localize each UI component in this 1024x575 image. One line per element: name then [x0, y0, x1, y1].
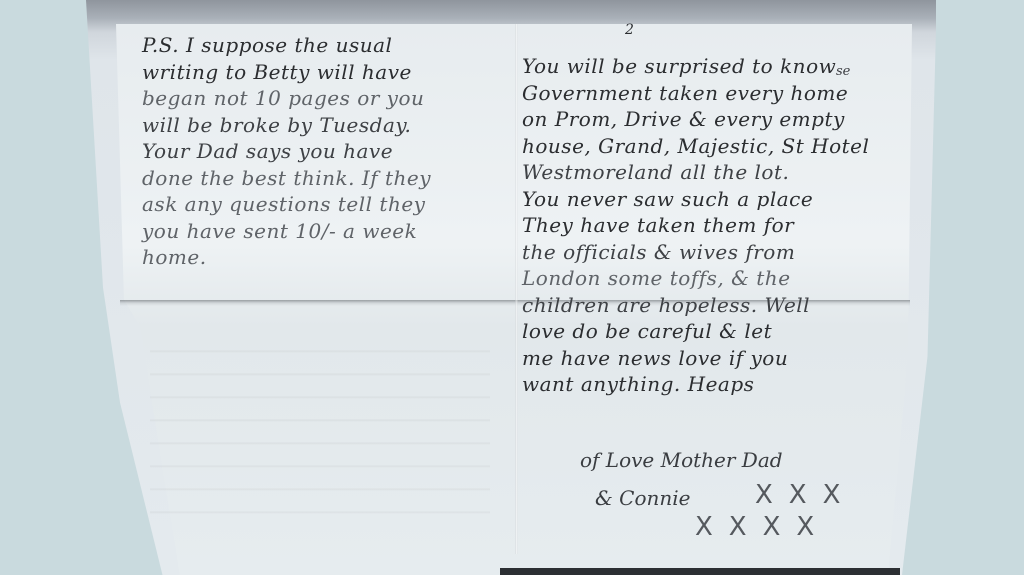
kisses-row: XXX — [755, 480, 856, 510]
letter-line: on Prom, Drive & every empty — [522, 106, 869, 133]
letter-line: London some toffs, & the — [522, 265, 869, 292]
letter-line: Government taken every home — [522, 80, 869, 107]
letter-line: the officials & wives from — [522, 239, 869, 266]
letter-line: writing to Betty will have — [142, 59, 431, 86]
letter-line: ask any questions tell they — [142, 191, 431, 218]
letter-line: Westmoreland all the lot. — [522, 159, 869, 186]
letter-line: home. — [142, 244, 431, 271]
letter-line: me have news love if you — [522, 345, 869, 372]
vertical-fold-crease — [515, 24, 518, 554]
letter-line: You will be surprised to know — [522, 53, 869, 80]
letter-line: began not 10 pages or you — [142, 85, 431, 112]
paper-bottom-shadow — [500, 568, 900, 575]
letter-line: love do be careful & let — [522, 318, 869, 345]
letter-line: want anything. Heaps — [522, 371, 869, 398]
letter-line: children are hopeless. Well — [522, 292, 869, 319]
left-page-text: P.S. I suppose the usual writing to Bett… — [142, 32, 431, 271]
signoff-line: of Love Mother Dad — [580, 448, 783, 472]
letter-line: You never saw such a place — [522, 186, 869, 213]
letter-line: you have sent 10/- a week — [142, 218, 431, 245]
page-number: 2 — [625, 22, 634, 38]
letter-line: They have taken them for — [522, 212, 869, 239]
letter-photo: 2 se P.S. I suppose the usual writing to… — [0, 0, 1024, 575]
letter-line: house, Grand, Majestic, St Hotel — [522, 133, 869, 160]
signature: & Connie — [595, 486, 691, 510]
letter-line: will be broke by Tuesday. — [142, 112, 431, 139]
letter-line: Your Dad says you have — [142, 138, 431, 165]
ink-bleed-through — [150, 330, 490, 530]
right-page-text: You will be surprised to know Government… — [522, 53, 869, 398]
letter-line: done the best think. If they — [142, 165, 431, 192]
kisses-row: XXXX — [695, 512, 830, 542]
letter-line: P.S. I suppose the usual — [142, 32, 431, 59]
